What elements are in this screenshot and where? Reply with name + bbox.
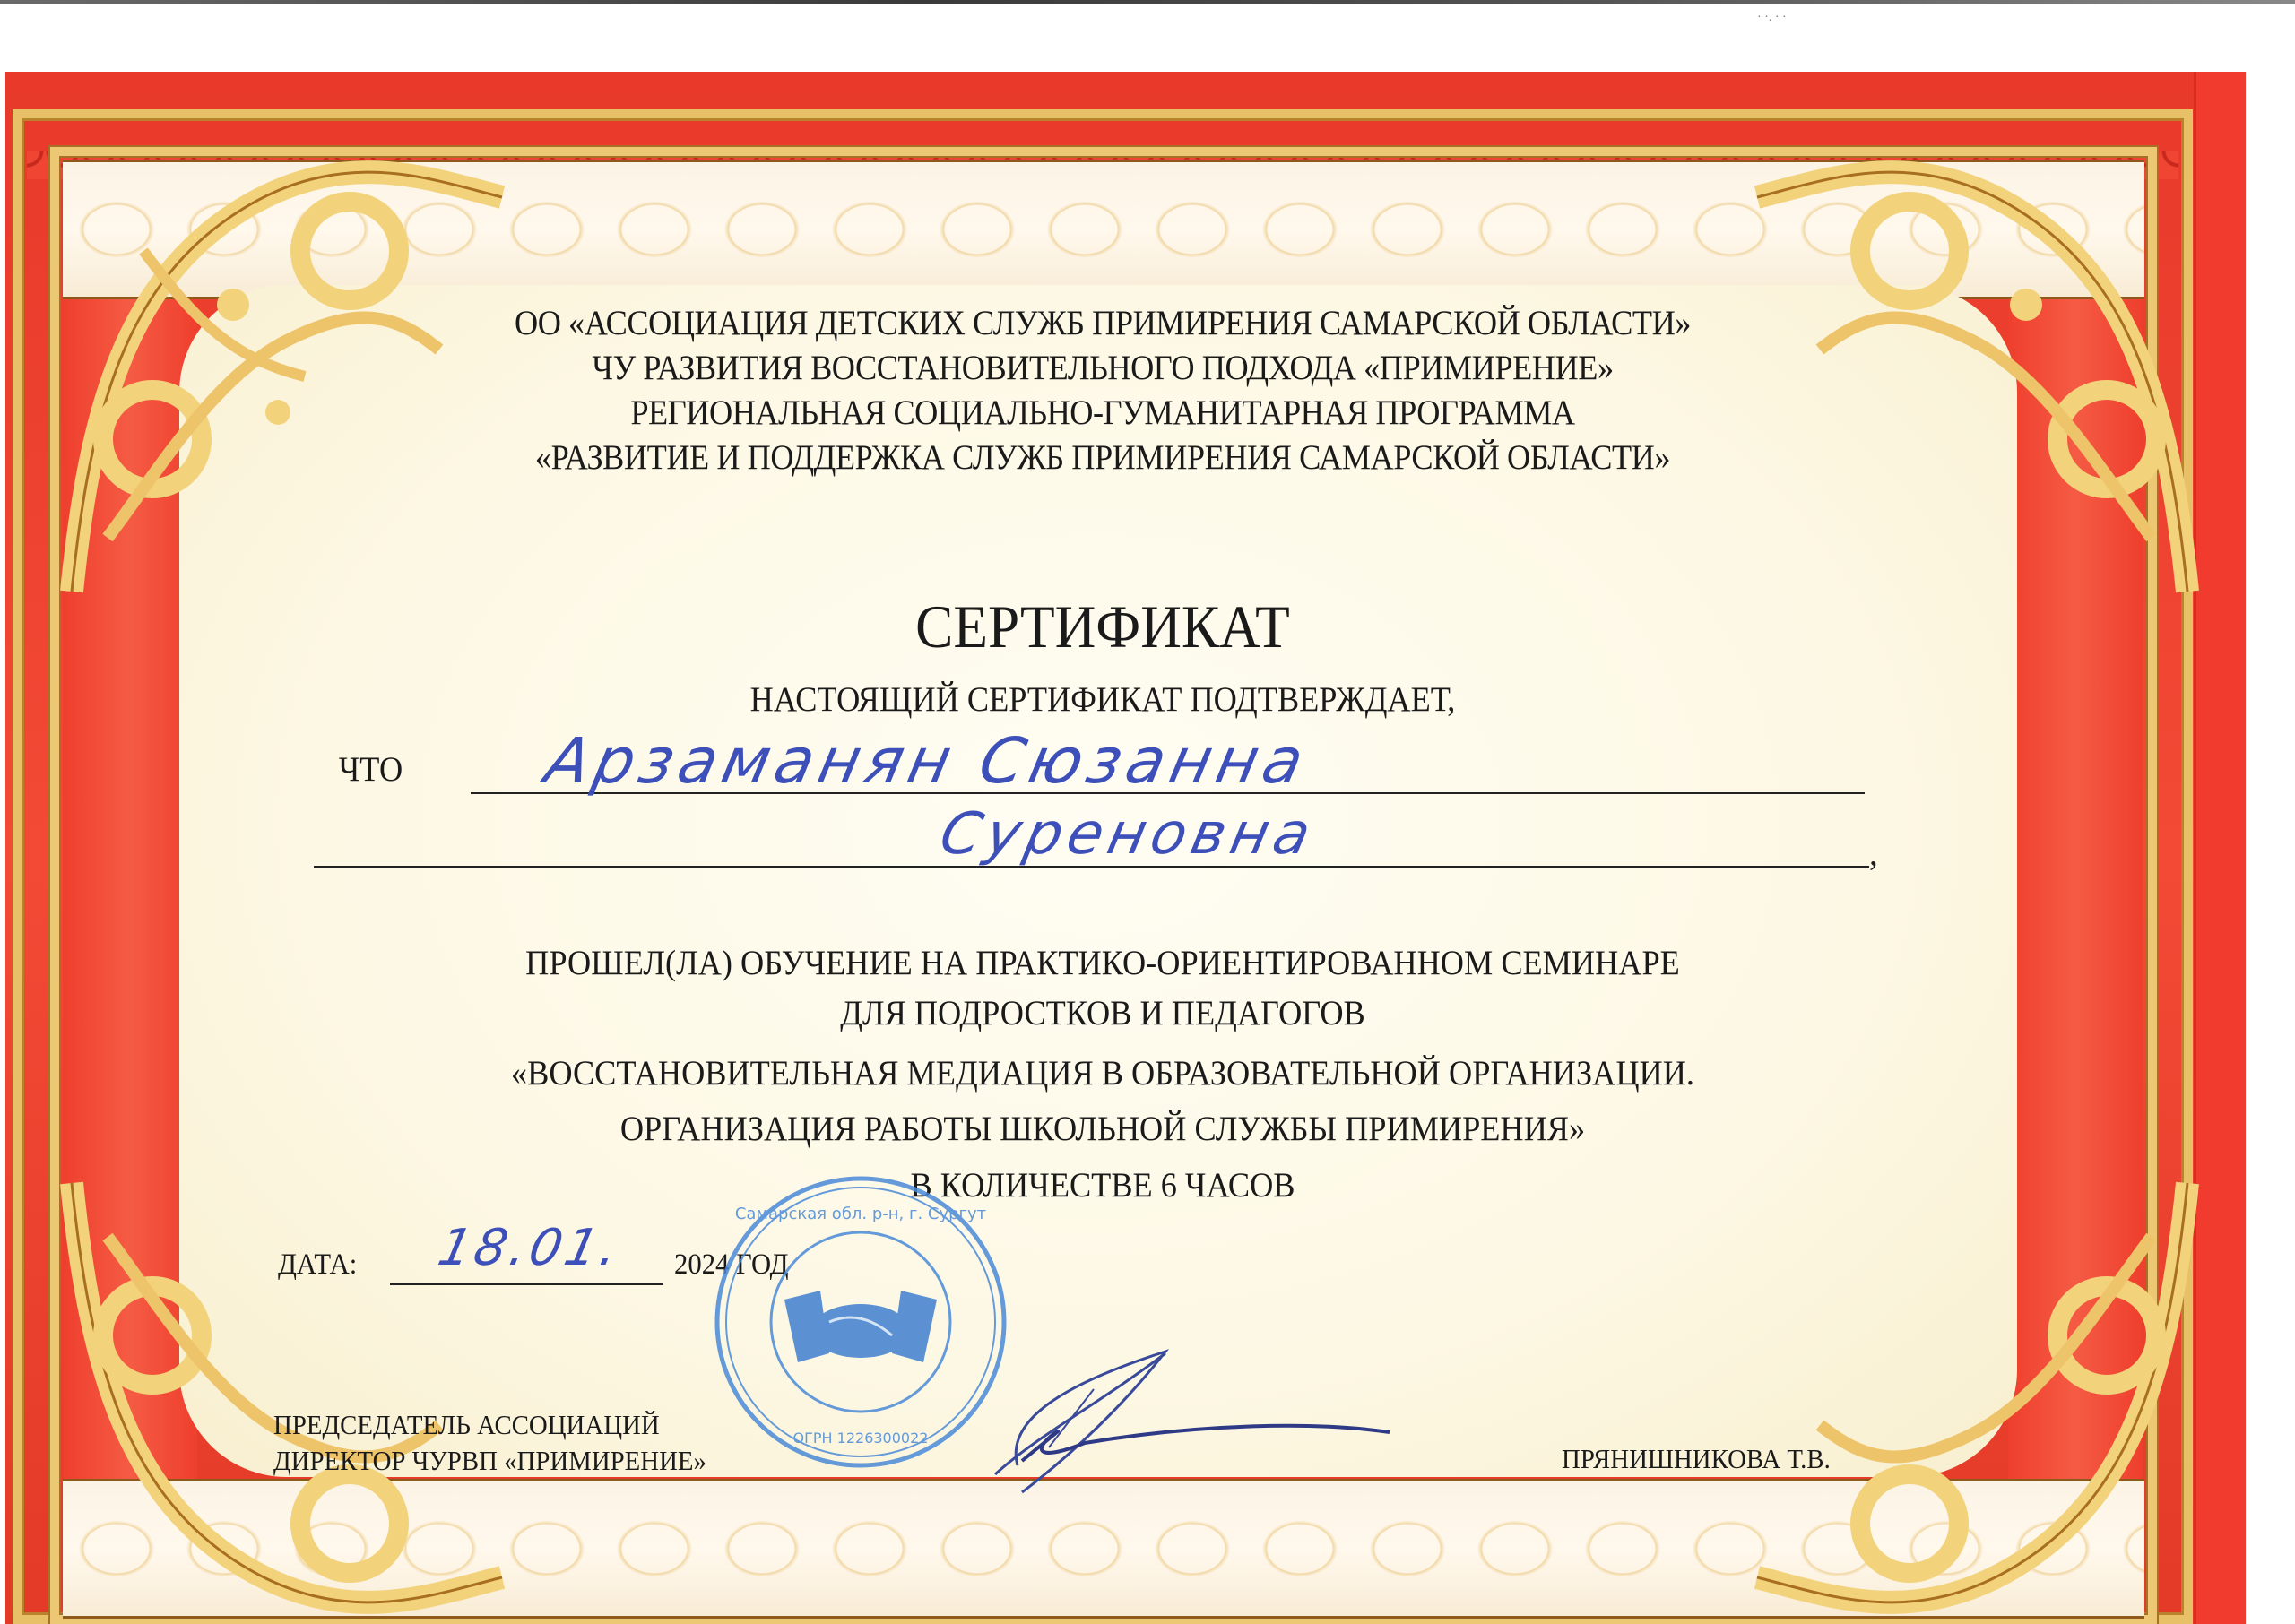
recipient-suffix: , xyxy=(1869,834,1878,874)
recipient-patronymic-handwritten: Суреновна xyxy=(934,801,1321,868)
header-line-program: РЕГИОНАЛЬНАЯ СОЦИАЛЬНО-ГУМАНИТАРНАЯ ПРОГ… xyxy=(77,393,2128,433)
body-line: ДЛЯ ПОДРОСТКОВ И ПЕДАГОГОВ xyxy=(77,993,2128,1033)
certificate-subtitle: НАСТОЯЩИЙ СЕРТИФИКАТ ПОДТВЕРЖДАЕТ, xyxy=(77,679,2128,720)
scan-specks: · ·. · · xyxy=(1757,11,1787,25)
svg-text:Самарская обл. р-н, г. Сургут: Самарская обл. р-н, г. Сургут xyxy=(735,1205,986,1223)
signatory-title: ПРЕДСЕДАТЕЛЬ АССОЦИАЦИЙ xyxy=(273,1407,706,1443)
date-label: ДАТА: xyxy=(278,1248,357,1282)
certificate-title: СЕРТИФИКАТ xyxy=(77,592,2128,662)
scan-edge xyxy=(0,0,2295,4)
body-line: ОРГАНИЗАЦИЯ РАБОТЫ ШКОЛЬНОЙ СЛУЖБЫ ПРИМИ… xyxy=(77,1109,2128,1149)
date-handwritten: 18.01. xyxy=(433,1219,627,1277)
top-ornament-band xyxy=(63,160,2144,299)
signatory-titles: ПРЕДСЕДАТЕЛЬ АССОЦИАЦИЙ ДИРЕКТОР ЧУРВП «… xyxy=(273,1407,706,1479)
body-line: ПРОШЕЛ(ЛА) ОБУЧЕНИЕ НА ПРАКТИКО-ОРИЕНТИР… xyxy=(77,943,2128,983)
svg-text:ОГРН 1226300022: ОГРН 1226300022 xyxy=(793,1430,929,1447)
recipient-name-handwritten: Арзаманян Сюзанна xyxy=(539,724,1315,798)
header-line-institution: ЧУ РАЗВИТИЯ ВОССТАНОВИТЕЛЬНОГО ПОДХОДА «… xyxy=(77,348,2128,388)
bottom-ornament-band xyxy=(63,1479,2144,1619)
signatory-title: ДИРЕКТОР ЧУРВП «ПРИМИРЕНИЕ» xyxy=(273,1443,706,1479)
certificate-edge xyxy=(2194,72,2246,1624)
official-stamp: Самарская обл. р-н, г. Сургут ОГРН 12263… xyxy=(713,1174,1009,1470)
recipient-prefix: ЧТО xyxy=(339,749,403,790)
header-line-program-name: «РАЗВИТИЕ И ПОДДЕРЖКА СЛУЖБ ПРИМИРЕНИЯ С… xyxy=(77,437,2128,478)
date-line xyxy=(390,1283,663,1285)
body-line-hours: В КОЛИЧЕСТВЕ 6 ЧАСОВ xyxy=(77,1165,2128,1205)
header-line-organization: ОО «АССОЦИАЦИЯ ДЕТСКИХ СЛУЖБ ПРИМИРЕНИЯ … xyxy=(77,303,2128,343)
signatory-name: ПРЯНИШНИКОВА Т.В. xyxy=(1562,1443,1831,1475)
body-line: «ВОССТАНОВИТЕЛЬНАЯ МЕДИАЦИЯ В ОБРАЗОВАТЕ… xyxy=(77,1053,2128,1093)
handshake-icon: Самарская обл. р-н, г. Сургут ОГРН 12263… xyxy=(713,1174,1009,1470)
handwritten-signature xyxy=(968,1317,1434,1497)
